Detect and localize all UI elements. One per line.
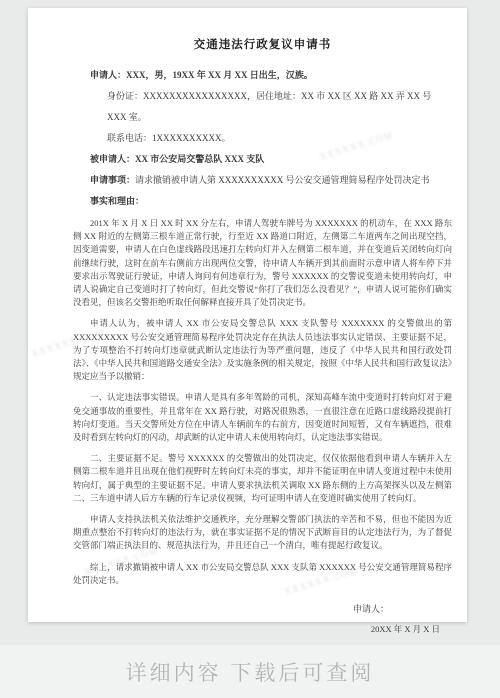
id-line: 身份证：XXXXXXXXXXXXXXXX，居住地址：XX 市 XX 区 XX 路… [90,86,452,128]
facts-label: 事实和理由： [90,196,144,206]
respondent-value: XX 市公安局交警总队 XXX 支队 [135,154,264,164]
paragraph-support: 申请人支持执法机关依法维护交通秩序，充分理解交警部门执法的辛苦和不易，但也不能因… [73,513,452,553]
paragraph-facts-1: 201X 年 X 月 X 日 XX 时 XX 分左右，申请人驾驶车牌号为 XXX… [73,217,452,309]
document-title: 交通违法行政复议申请书 [73,36,452,52]
applicant-value: XXX，男，19XX 年 XX 月 XX 日出生，汉族。 [126,70,313,80]
request-line: 申请事项：请求撤销被申请人第 XXXXXXXXXX 号公安交通管理简易程序处罚决… [90,170,452,191]
respondent-line: 被申请人：XX 市公安局交警总队 XXX 支队 [90,149,452,170]
paragraph-conclusion: 综上，请求撤销被申请人 XX 市公安局交警总队 XXX 支队第 XXXXXX 号… [73,561,452,587]
request-value: 请求撤销被申请人第 XXXXXXXXXX 号公安交通管理简易程序处罚决定书 [135,175,430,185]
phone-line: 联系电话：1XXXXXXXXXX。 [90,128,452,149]
document-content: 交通违法行政复议申请书 申请人：XXX，男，19XX 年 XX 月 XX 日出生… [28,8,467,622]
document-header: 申请人：XXX，男，19XX 年 XX 月 XX 日出生，汉族。 身份证：XXX… [90,65,452,212]
paragraph-point-1: 一、认定违法事实错误。申请人是具有多年驾龄的司机，深知高峰车流中变道时打转向灯对… [73,391,452,444]
signature-date: 20XX 年 X 月 X 日 [73,623,452,635]
canvas: { "page": { "title": "交通违法行政复议申请书", "hea… [0,0,500,698]
respondent-label: 被申请人： [90,154,135,164]
paragraph-point-2: 二、主要证据不足。警号 XXXXXX 的交警做出的处罚决定，仅仅依据他看到申请人… [73,452,452,505]
footer-band: 详细内容 下载后可查阅 [0,645,500,698]
document-page: 交通违法行政复议申请书 申请人：XXX，男，19XX 年 XX 月 XX 日出生… [28,8,467,622]
facts-line: 事实和理由： [90,191,452,212]
paragraph-opinion: 申请人认为，被申请人 XX 市公安局交警总队 XXX 支队警号 XXXXXXX … [73,317,452,383]
signature-name-label: 申请人： [73,602,452,615]
applicant-label: 申请人： [90,70,126,80]
request-label: 申请事项： [90,175,135,185]
footer-note: 详细内容 下载后可查阅 [126,657,375,687]
applicant-line: 申请人：XXX，男，19XX 年 XX 月 XX 日出生，汉族。 [90,65,452,86]
